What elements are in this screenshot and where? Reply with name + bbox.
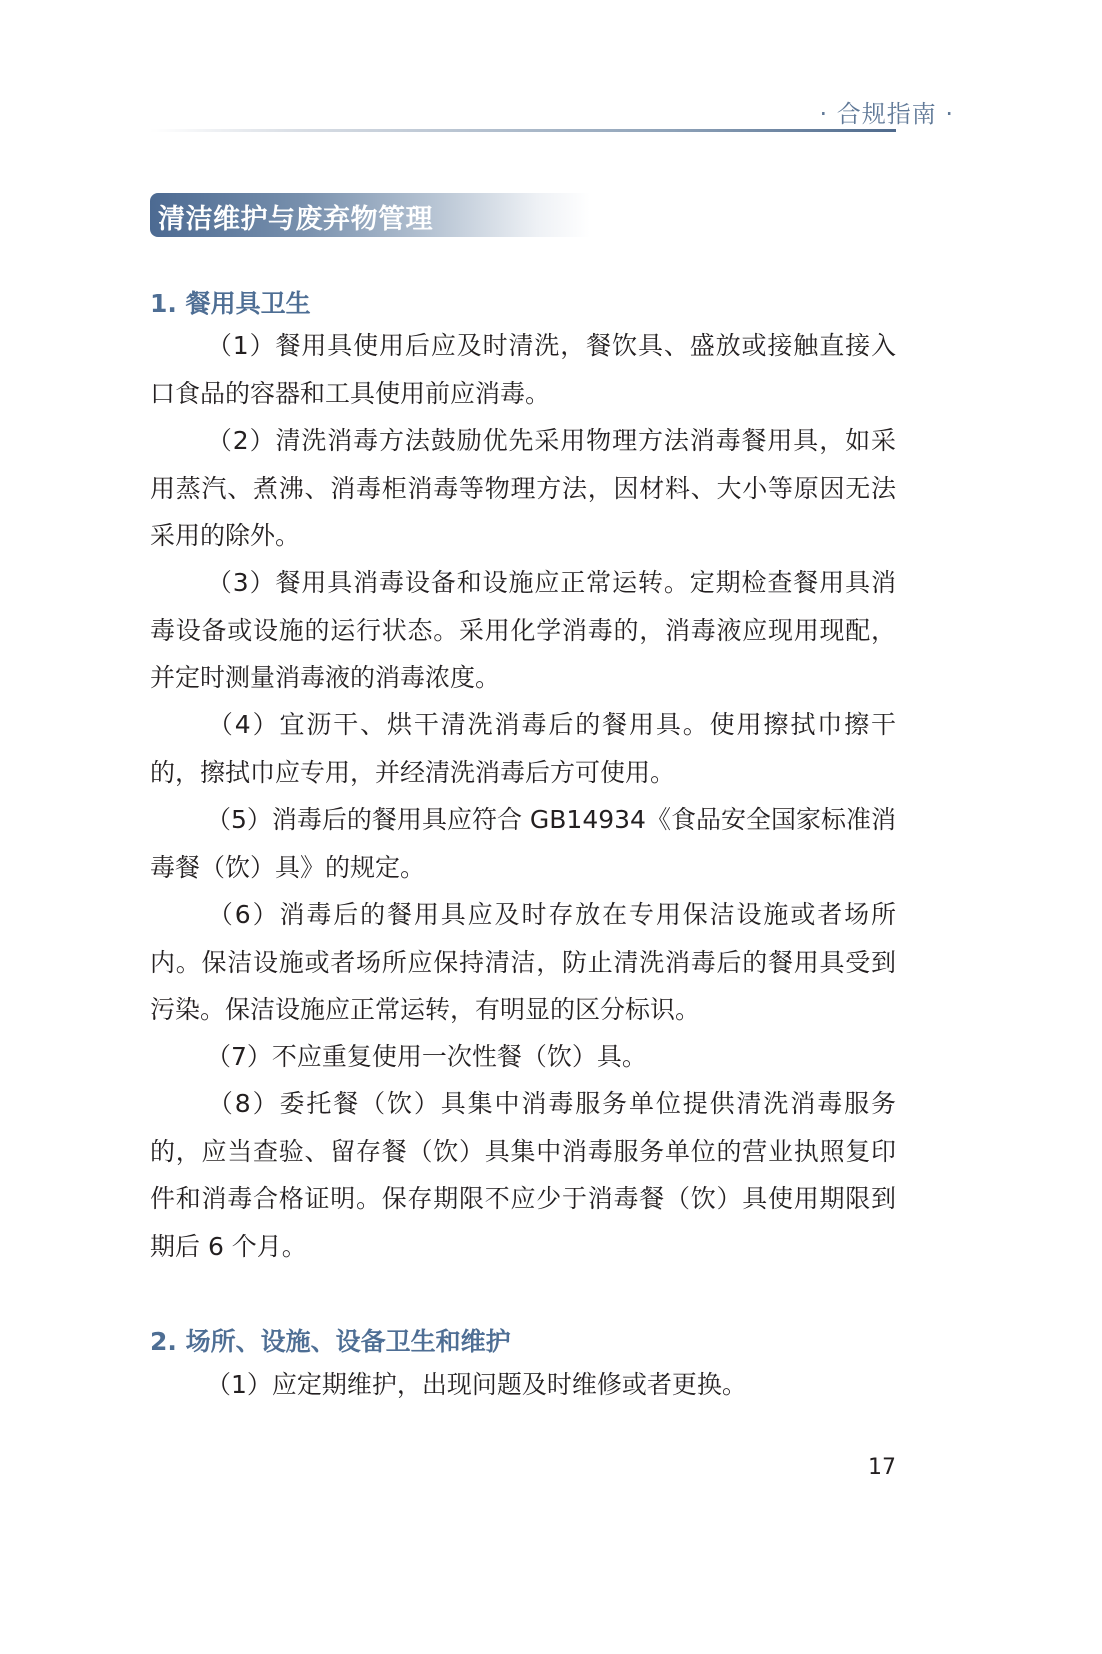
paragraph-1-6: （6）消毒后的餐用具应及时存放在专用保洁设施或者场所内。保洁设施或者场所应保持清…	[150, 891, 896, 1034]
paragraph-1-8: （8）委托餐（饮）具集中消毒服务单位提供清洗消毒服务的，应当查验、留存餐（饮）具…	[150, 1080, 896, 1270]
paragraph-1-7: （7）不应重复使用一次性餐（饮）具。	[150, 1033, 896, 1081]
section-heading-1: 1. 餐用具卫生	[150, 284, 311, 320]
paragraph-2-1: （1）应定期维护，出现问题及时维修或者更换。	[150, 1361, 896, 1409]
section-heading-2: 2. 场所、设施、设备卫生和维护	[150, 1322, 511, 1358]
section-banner: 清洁维护与废弃物管理	[150, 193, 590, 237]
paragraph-1-5: （5）消毒后的餐用具应符合 GB14934《食品安全国家标准消毒餐（饮）具》的规…	[150, 796, 896, 891]
page-number: 17	[868, 1455, 896, 1480]
paragraph-1-3: （3）餐用具消毒设备和设施应正常运转。定期检查餐用具消毒设备或设施的运行状态。采…	[150, 559, 896, 702]
paragraph-1-1: （1）餐用具使用后应及时清洗，餐饮具、盛放或接触直接入口食品的容器和工具使用前应…	[150, 322, 896, 417]
header-rule	[150, 129, 896, 132]
banner-title: 清洁维护与废弃物管理	[158, 197, 433, 236]
paragraph-1-2: （2）清洗消毒方法鼓励优先采用物理方法消毒餐用具，如采用蒸汽、煮沸、消毒柜消毒等…	[150, 417, 896, 560]
running-head: · 合规指南 ·	[819, 94, 954, 129]
paragraph-1-4: （4）宜沥干、烘干清洗消毒后的餐用具。使用擦拭巾擦干的，擦拭巾应专用，并经清洗消…	[150, 701, 896, 796]
